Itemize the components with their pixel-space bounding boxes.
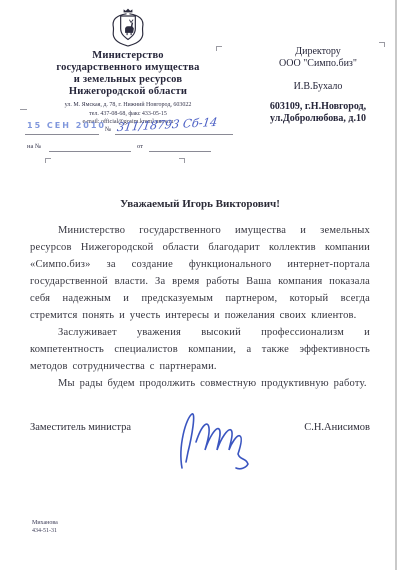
crown-shape bbox=[124, 9, 133, 13]
ref-label: на № bbox=[27, 143, 41, 150]
recipient-block: Директору ООО "Симпо.биз" И.В.Бухало 603… bbox=[240, 46, 396, 125]
signature-icon bbox=[168, 402, 278, 472]
scanned-letter-page: Министерство государственного имущества … bbox=[0, 0, 400, 570]
letterhead: Министерство государственного имущества … bbox=[25, 6, 231, 127]
recipient-person: И.В.Бухало bbox=[240, 81, 396, 93]
recipient-company: ООО "Симпо.биз" bbox=[240, 58, 396, 70]
executor-footer: Миханова 434-51-31 bbox=[32, 520, 58, 535]
number-line bbox=[115, 134, 233, 135]
ministry-line: Нижегородской области bbox=[25, 86, 231, 98]
coat-of-arms-icon bbox=[106, 6, 150, 48]
recipient-address-line: ул.Добролюбова, д.10 bbox=[240, 113, 396, 125]
corner-mark-left bbox=[45, 158, 51, 163]
ministry-line: и земельных ресурсов bbox=[25, 74, 231, 86]
body-paragraph: Заслуживает уважения высокий профессиона… bbox=[30, 324, 370, 375]
ref-number-line bbox=[49, 151, 131, 152]
ref-date-line bbox=[149, 151, 211, 152]
date-stamp: 15 СЕН 2010 bbox=[27, 121, 106, 130]
letterhead-address: ул. М. Ямская, д. 78, г. Нижний Новгород… bbox=[25, 101, 231, 110]
reference-row: на № от bbox=[25, 140, 231, 154]
signer-name: С.Н.Анисимов bbox=[304, 422, 370, 433]
addressee-corner-mark-left bbox=[216, 46, 222, 51]
recipient-title: Директору bbox=[240, 46, 396, 58]
corner-mark-right bbox=[179, 158, 185, 163]
outgoing-number-row: 15 СЕН 2010 № 311/18793 Сб-14 bbox=[25, 119, 231, 137]
date-line bbox=[25, 134, 99, 135]
ministry-line: государственного имущества bbox=[25, 62, 231, 74]
ministry-name: Министерство государственного имущества … bbox=[25, 50, 231, 98]
signer-position: Заместитель министра bbox=[30, 422, 131, 433]
body-paragraph: Министерство государственного имущества … bbox=[30, 222, 370, 324]
executor-name: Миханова bbox=[32, 520, 58, 528]
recipient-address-line: 603109, г.Н.Новгород, bbox=[240, 101, 396, 113]
number-label: № bbox=[105, 126, 111, 133]
letter-body: Уважаемый Игорь Викторович! Министерство… bbox=[30, 198, 370, 392]
ministry-line: Министерство bbox=[25, 50, 231, 62]
body-paragraph: Мы рады будем продолжить совместную прод… bbox=[30, 375, 370, 392]
salutation: Уважаемый Игорь Викторович! bbox=[30, 198, 370, 210]
executor-phone: 434-51-31 bbox=[32, 528, 58, 536]
ref-from-label: от bbox=[137, 143, 143, 150]
